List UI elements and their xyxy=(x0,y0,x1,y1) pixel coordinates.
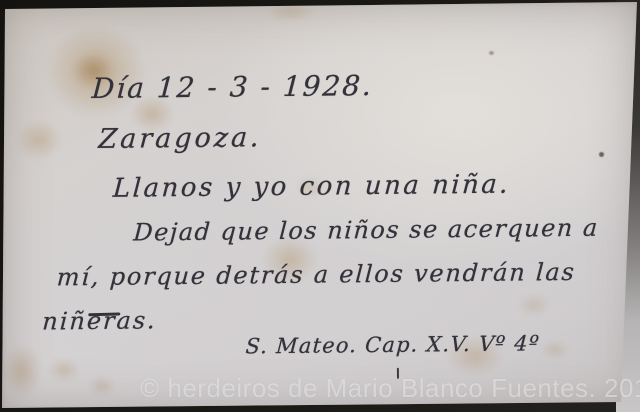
message-line-2: Dejad que los niños se acerquen a xyxy=(133,214,600,247)
message-line-4: niñeras. xyxy=(42,306,158,335)
message-line-1: Llanos y yo con una niña. xyxy=(112,170,511,204)
date-line: Día 12 - 3 - 1928. xyxy=(91,69,374,105)
message-line-3: mí, porque detrás a ellos vendrán las xyxy=(56,258,576,291)
postcard-photo: Día 12 - 3 - 1928. Zaragoza. Llanos y yo… xyxy=(0,0,640,412)
ink-tick-mark xyxy=(397,368,399,379)
postcard-paper: Día 12 - 3 - 1928. Zaragoza. Llanos y yo… xyxy=(0,0,640,412)
place-line: Zaragoza. xyxy=(98,122,263,155)
handwritten-message: Día 12 - 3 - 1928. Zaragoza. Llanos y yo… xyxy=(0,0,640,412)
scripture-citation: S. Mateo. Cap. X.V. Vº 4º xyxy=(245,331,541,358)
